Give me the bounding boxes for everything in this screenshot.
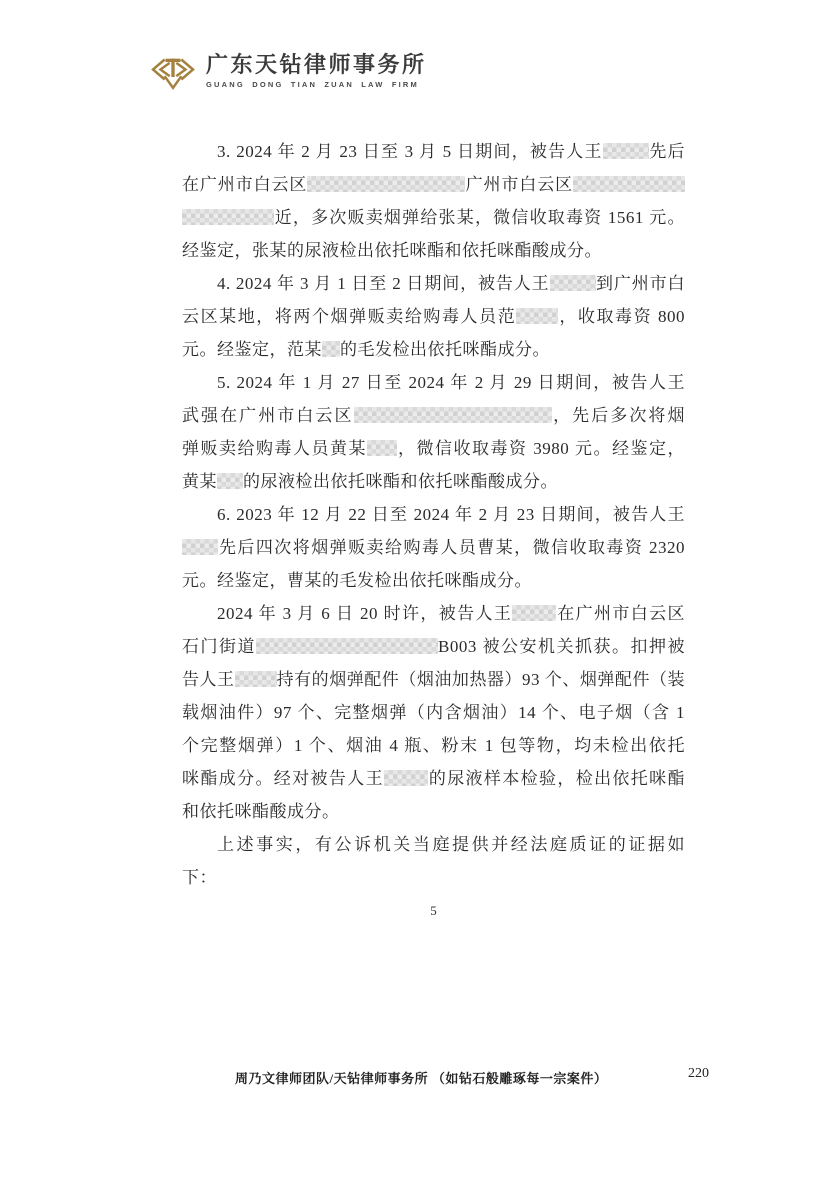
- text-run: ，微信收取毒资 3980 元。经鉴定，: [397, 439, 685, 458]
- text-line: 先后四次将烟弹贩卖给购毒人员曹某，微信收取毒资 2320: [182, 531, 685, 564]
- text-run: 告人王: [182, 670, 235, 689]
- text-line: 黄某的尿液检出依托咪酯和依托咪酯酸成分。: [182, 465, 685, 498]
- text-line: 咪酯成分。经对被告人王的尿液样本检验，检出依托咪酯: [182, 762, 685, 795]
- redaction-block: [516, 308, 558, 324]
- text-line: 下：: [182, 861, 685, 894]
- text-line: 4. 2024 年 3 月 1 日至 2 日期间，被告人王到广州市白: [182, 267, 685, 300]
- text-line: 云区某地，将两个烟弹贩卖给购毒人员范，收取毒资 800: [182, 300, 685, 333]
- paragraph: 6. 2023 年 12 月 22 日至 2024 年 2 月 23 日期间，被…: [182, 498, 685, 597]
- footer-page-label: 220: [688, 1066, 709, 1082]
- text-line: 石门街道B003 被公安机关抓获。扣押被: [182, 630, 685, 663]
- redaction-block: [367, 440, 397, 456]
- text-run: 元。经鉴定，曹某的毛发检出依托咪酯成分。: [182, 571, 532, 590]
- text-run: 广州市白云区: [465, 175, 573, 194]
- text-run: 在广州市白云区: [182, 175, 307, 194]
- text-run: 的尿液检出依托咪酯和依托咪酯酸成分。: [243, 472, 558, 491]
- text-run: B003 被公安机关抓获。扣押被: [438, 637, 685, 656]
- text-run: ，先后多次将烟: [552, 406, 685, 425]
- text-run: 个完整烟弹）1 个、烟油 4 瓶、粉末 1 包等物，均未检出依托: [182, 736, 685, 755]
- paragraph: 2024 年 3 月 6 日 20 时许，被告人王在广州市白云区石门街道B003…: [182, 597, 685, 828]
- text-line: 上述事实，有公诉机关当庭提供并经法庭质证的证据如: [182, 828, 685, 861]
- diamond-T-logo-icon: [148, 50, 198, 94]
- text-run: 咪酯成分。经对被告人王: [182, 769, 384, 788]
- text-run: 弹贩卖给购毒人员黄某: [182, 439, 367, 458]
- text-line: 弹贩卖给购毒人员黄某，微信收取毒资 3980 元。经鉴定，: [182, 432, 685, 465]
- text-line: 个完整烟弹）1 个、烟油 4 瓶、粉末 1 包等物，均未检出依托: [182, 729, 685, 762]
- text-run: 和依托咪酯酸成分。: [182, 802, 340, 821]
- paragraph: 3. 2024 年 2 月 23 日至 3 月 5 日期间，被告人王先后在广州市…: [182, 135, 685, 267]
- text-run: 黄某: [182, 472, 217, 491]
- redaction-block: [182, 209, 274, 225]
- text-run: 元。经鉴定，范某: [182, 340, 322, 359]
- text-line: 近，多次贩卖烟弹给张某，微信收取毒资 1561 元。: [182, 201, 685, 234]
- redaction-block: [512, 605, 556, 621]
- text-run: 石门街道: [182, 637, 256, 656]
- footer-team-line: 周乃文律师团队/天钻律师事务所 （如钻石般雕琢每一宗案件）: [235, 1068, 607, 1087]
- text-line: 2024 年 3 月 6 日 20 时许，被告人王在广州市白云区: [182, 597, 685, 630]
- page-number: 5: [182, 903, 685, 919]
- text-line: 6. 2023 年 12 月 22 日至 2024 年 2 月 23 日期间，被…: [182, 498, 685, 531]
- text-run: 4. 2024 年 3 月 1 日至 2 日期间，被告人王: [217, 274, 550, 293]
- firm-name-english: GUANG DONG TIAN ZUAN LAW FIRM: [206, 80, 427, 89]
- text-run: 上述事实，有公诉机关当庭提供并经法庭质证的证据如: [217, 835, 685, 854]
- text-run: 持有的烟弹配件（烟油加热器）93 个、烟弹配件（装: [277, 670, 685, 689]
- redaction-block: [550, 275, 596, 291]
- text-run: 先后: [649, 142, 685, 161]
- text-line: 载烟油件）97 个、完整烟弹（内含烟油）14 个、电子烟（含 1: [182, 696, 685, 729]
- text-run: 的毛发检出依托咪酯成分。: [340, 340, 550, 359]
- text-line: 元。经鉴定，曹某的毛发检出依托咪酯成分。: [182, 564, 685, 597]
- redaction-block: [182, 539, 218, 555]
- text-run: 云区某地，将两个烟弹贩卖给购毒人员范: [182, 307, 516, 326]
- redaction-block: [235, 671, 277, 687]
- paragraph: 4. 2024 年 3 月 1 日至 2 日期间，被告人王到广州市白云区某地，将…: [182, 267, 685, 366]
- text-run: 6. 2023 年 12 月 22 日至 2024 年 2 月 23 日期间，被…: [217, 505, 685, 524]
- paragraph: 5. 2024 年 1 月 27 日至 2024 年 2 月 29 日期间，被告…: [182, 366, 685, 498]
- text-line: 告人王持有的烟弹配件（烟油加热器）93 个、烟弹配件（装: [182, 663, 685, 696]
- redaction-block: [384, 770, 428, 786]
- text-run: ，收取毒资 800: [558, 307, 685, 326]
- text-run: 近，多次贩卖烟弹给张某，微信收取毒资 1561 元。: [274, 208, 685, 227]
- text-line: 和依托咪酯酸成分。: [182, 795, 685, 828]
- text-run: 载烟油件）97 个、完整烟弹（内含烟油）14 个、电子烟（含 1: [182, 703, 685, 722]
- redaction-block: [256, 638, 438, 654]
- text-line: 3. 2024 年 2 月 23 日至 3 月 5 日期间，被告人王先后: [182, 135, 685, 168]
- text-run: 5. 2024 年 1 月 27 日至 2024 年 2 月 29 日期间，被告…: [217, 373, 685, 392]
- paragraph: 上述事实，有公诉机关当庭提供并经法庭质证的证据如下：: [182, 828, 685, 894]
- text-run: 武强在广州市白云区: [182, 406, 354, 425]
- text-line: 武强在广州市白云区，先后多次将烟: [182, 399, 685, 432]
- text-line: 在广州市白云区广州市白云区: [182, 168, 685, 201]
- firm-name-chinese: 广东天钻律师事务所: [206, 53, 427, 77]
- redaction-block: [322, 341, 340, 357]
- text-run: 3. 2024 年 2 月 23 日至 3 月 5 日期间，被告人王: [217, 142, 603, 161]
- text-run: 在广州市白云区: [556, 604, 685, 623]
- document-page: 广东天钻律师事务所 GUANG DONG TIAN ZUAN LAW FIRM …: [0, 0, 833, 1178]
- redaction-block: [307, 176, 465, 192]
- redaction-block: [573, 176, 685, 192]
- text-line: 元。经鉴定，范某的毛发检出依托咪酯成分。: [182, 333, 685, 366]
- redaction-block: [217, 473, 243, 489]
- text-run: 到广州市白: [596, 274, 685, 293]
- document-body: 3. 2024 年 2 月 23 日至 3 月 5 日期间，被告人王先后在广州市…: [182, 135, 685, 894]
- text-run: 下：: [182, 868, 217, 887]
- text-line: 经鉴定，张某的尿液检出依托咪酯和依托咪酯酸成分。: [182, 234, 685, 267]
- text-run: 2024 年 3 月 6 日 20 时许，被告人王: [217, 604, 512, 623]
- redaction-block: [354, 407, 552, 423]
- text-line: 5. 2024 年 1 月 27 日至 2024 年 2 月 29 日期间，被告…: [182, 366, 685, 399]
- redaction-block: [603, 143, 649, 159]
- text-run: 先后四次将烟弹贩卖给购毒人员曹某，微信收取毒资 2320: [218, 538, 685, 557]
- text-run: 经鉴定，张某的尿液检出依托咪酯和依托咪酯酸成分。: [182, 241, 602, 260]
- firm-names: 广东天钻律师事务所 GUANG DONG TIAN ZUAN LAW FIRM: [206, 50, 427, 89]
- law-firm-header: 广东天钻律师事务所 GUANG DONG TIAN ZUAN LAW FIRM: [148, 50, 427, 94]
- text-run: 的尿液样本检验，检出依托咪酯: [428, 769, 685, 788]
